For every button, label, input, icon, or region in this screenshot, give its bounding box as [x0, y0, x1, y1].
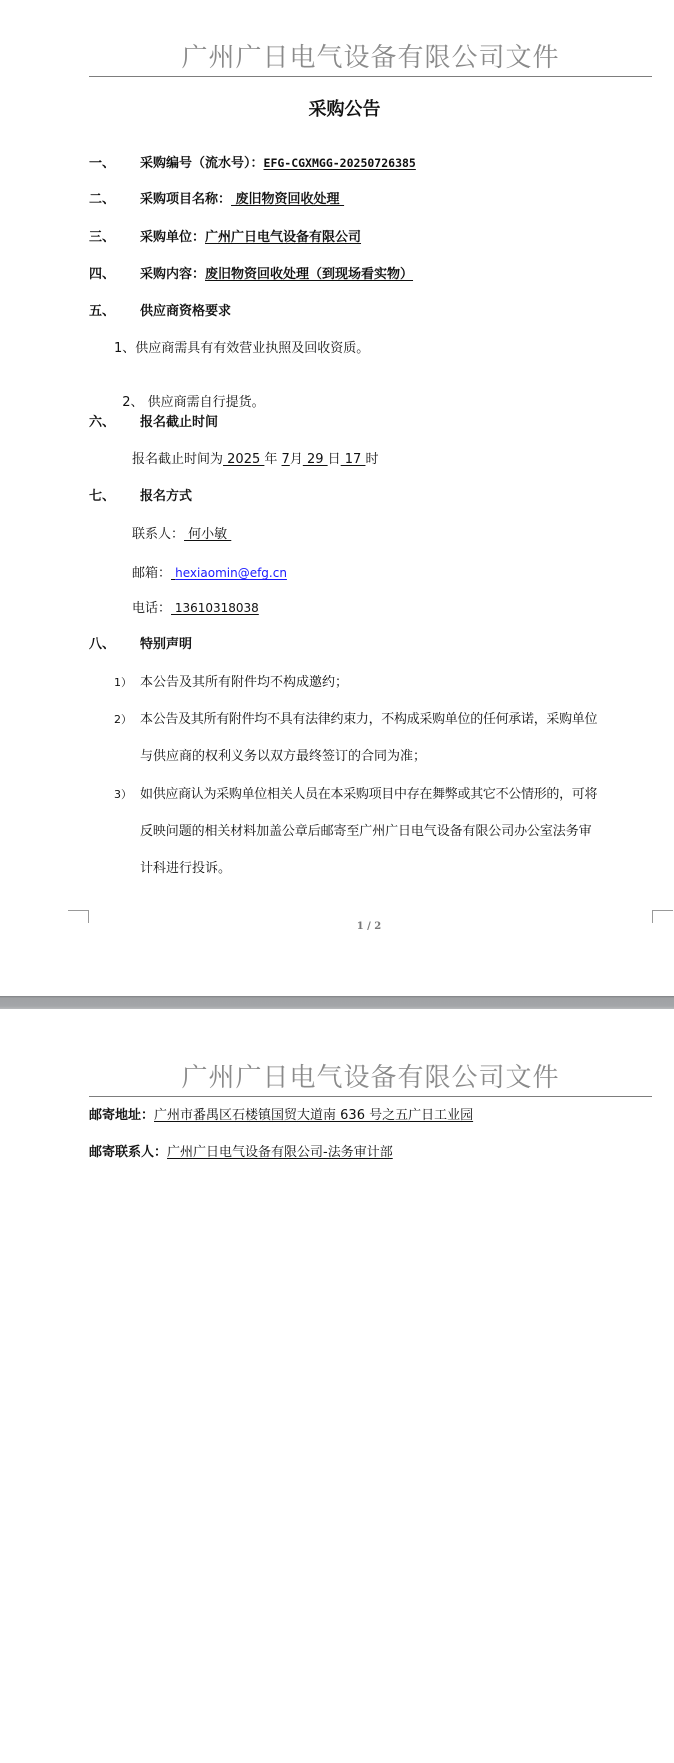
- section-number: 七、: [89, 488, 140, 506]
- section-number: 五、: [89, 303, 140, 321]
- mail-contact: 邮寄联系人：广州广日电气设备有限公司-法务审计部: [89, 1144, 393, 1162]
- section-project-name: 二、采购项目名称： 废旧物资回收处理: [89, 191, 344, 209]
- section-label: 采购编号（流水号）：: [140, 156, 264, 171]
- document-title: 采购公告: [0, 98, 674, 122]
- section-number: 六、: [89, 414, 140, 432]
- mail-address-value: 广州市番禺区石楼镇国贸大道南 636 号之五广日工业园: [154, 1108, 473, 1123]
- section-number: 一、: [89, 155, 140, 173]
- contact-phone-value: 13610318038: [171, 601, 259, 615]
- header-rule: [89, 76, 652, 77]
- section-number: 四、: [89, 266, 140, 284]
- deadline-day: 29: [303, 452, 328, 467]
- requirement-number: 2、: [122, 395, 143, 410]
- project-name-value: 废旧物资回收处理: [231, 192, 344, 207]
- procurement-number-value: EFG-CGXMGG-20250726385: [264, 156, 416, 170]
- statement-number: 1）: [114, 674, 132, 692]
- contact-person-value: 何小敏: [184, 527, 231, 542]
- mail-address: 邮寄地址：广州市番禺区石楼镇国贸大道南 636 号之五广日工业园: [89, 1107, 473, 1125]
- requirement-item: 1、供应商需具有有效营业执照及回收资质。: [114, 340, 369, 358]
- contact-email-link[interactable]: hexiaomin@efg.cn: [175, 566, 287, 580]
- deadline-hour-unit: 时: [365, 452, 378, 467]
- section-procurement-number: 一、采购编号（流水号）：EFG-CGXMGG-20250726385: [89, 154, 416, 173]
- section-number: 三、: [89, 229, 140, 247]
- section-procurement-unit: 三、采购单位：广州广日电气设备有限公司: [89, 229, 361, 247]
- section-registration-deadline: 六、报名截止时间: [89, 414, 218, 432]
- page-header: 广州广日电气设备有限公司文件: [89, 43, 652, 73]
- contact-phone-label: 电话：: [132, 601, 171, 616]
- statement-number: 3）: [114, 786, 132, 804]
- deadline-prefix: 报名截止时间为: [132, 452, 223, 467]
- statement-line: 如供应商认为采购单位相关人员在本采购项目中存在舞弊或其它不公情形的，可将: [140, 786, 597, 804]
- deadline-text: 报名截止时间为 2025 年 7月 29 日 17 时: [132, 451, 378, 469]
- section-label: 特别声明: [140, 637, 192, 652]
- statement-number: 2）: [114, 711, 132, 729]
- section-label: 采购项目名称：: [140, 192, 231, 207]
- section-label: 采购单位：: [140, 230, 205, 245]
- statement-line: 与供应商的权利义务以双方最终签订的合同为准；: [140, 748, 426, 766]
- contact-person: 联系人： 何小敏: [132, 526, 231, 544]
- procurement-unit-value: 广州广日电气设备有限公司: [205, 230, 361, 245]
- deadline-day-unit: 日: [328, 452, 341, 467]
- contact-email: 邮箱： hexiaomin@efg.cn: [132, 564, 287, 583]
- page-number: 1 / 2: [0, 921, 674, 932]
- requirement-item: 2、 供应商需自行提货。: [114, 376, 265, 412]
- page-separator: [0, 996, 674, 1009]
- mail-address-label: 邮寄地址：: [89, 1108, 154, 1123]
- deadline-month: 7: [282, 452, 290, 467]
- requirement-text: 供应商需自行提货。: [144, 395, 265, 410]
- section-procurement-content: 四、采购内容：废旧物资回收处理（到现场看实物）: [89, 266, 413, 284]
- contact-person-label: 联系人：: [132, 527, 184, 542]
- procurement-content-value: 废旧物资回收处理（到现场看实物）: [205, 267, 413, 282]
- section-label: 报名方式: [140, 489, 192, 504]
- deadline-year-unit: 年: [264, 452, 277, 467]
- mail-contact-value: 广州广日电气设备有限公司-法务审计部: [167, 1145, 393, 1160]
- page-header: 广州广日电气设备有限公司文件: [89, 1063, 652, 1093]
- section-label: 供应商资格要求: [140, 304, 231, 319]
- deadline-hour: 17: [341, 452, 366, 467]
- deadline-month-unit: 月: [290, 452, 303, 467]
- contact-phone: 电话： 13610318038: [132, 599, 259, 618]
- section-supplier-requirements: 五、供应商资格要求: [89, 303, 231, 321]
- mail-contact-label: 邮寄联系人：: [89, 1145, 167, 1160]
- statement-line: 本公告及其所有附件均不构成邀约；: [140, 674, 348, 692]
- requirement-text: 供应商需具有有效营业执照及回收资质。: [135, 341, 369, 356]
- statement-line: 本公告及其所有附件均不具有法律约束力，不构成采购单位的任何承诺，采购单位: [140, 711, 597, 729]
- contact-email-label: 邮箱：: [132, 566, 171, 581]
- requirement-number: 1、: [114, 341, 135, 356]
- section-label: 报名截止时间: [140, 415, 218, 430]
- section-number: 八、: [89, 636, 140, 654]
- deadline-year: 2025: [223, 452, 264, 467]
- section-label: 采购内容：: [140, 267, 205, 282]
- statement-line: 计科进行投诉。: [140, 860, 231, 878]
- header-rule: [89, 1096, 652, 1097]
- section-number: 二、: [89, 191, 140, 209]
- section-registration-method: 七、报名方式: [89, 488, 192, 506]
- statement-line: 反映问题的相关材料加盖公章后邮寄至广州广日电气设备有限公司办公室法务审: [140, 823, 592, 841]
- section-special-statement: 八、特别声明: [89, 636, 192, 654]
